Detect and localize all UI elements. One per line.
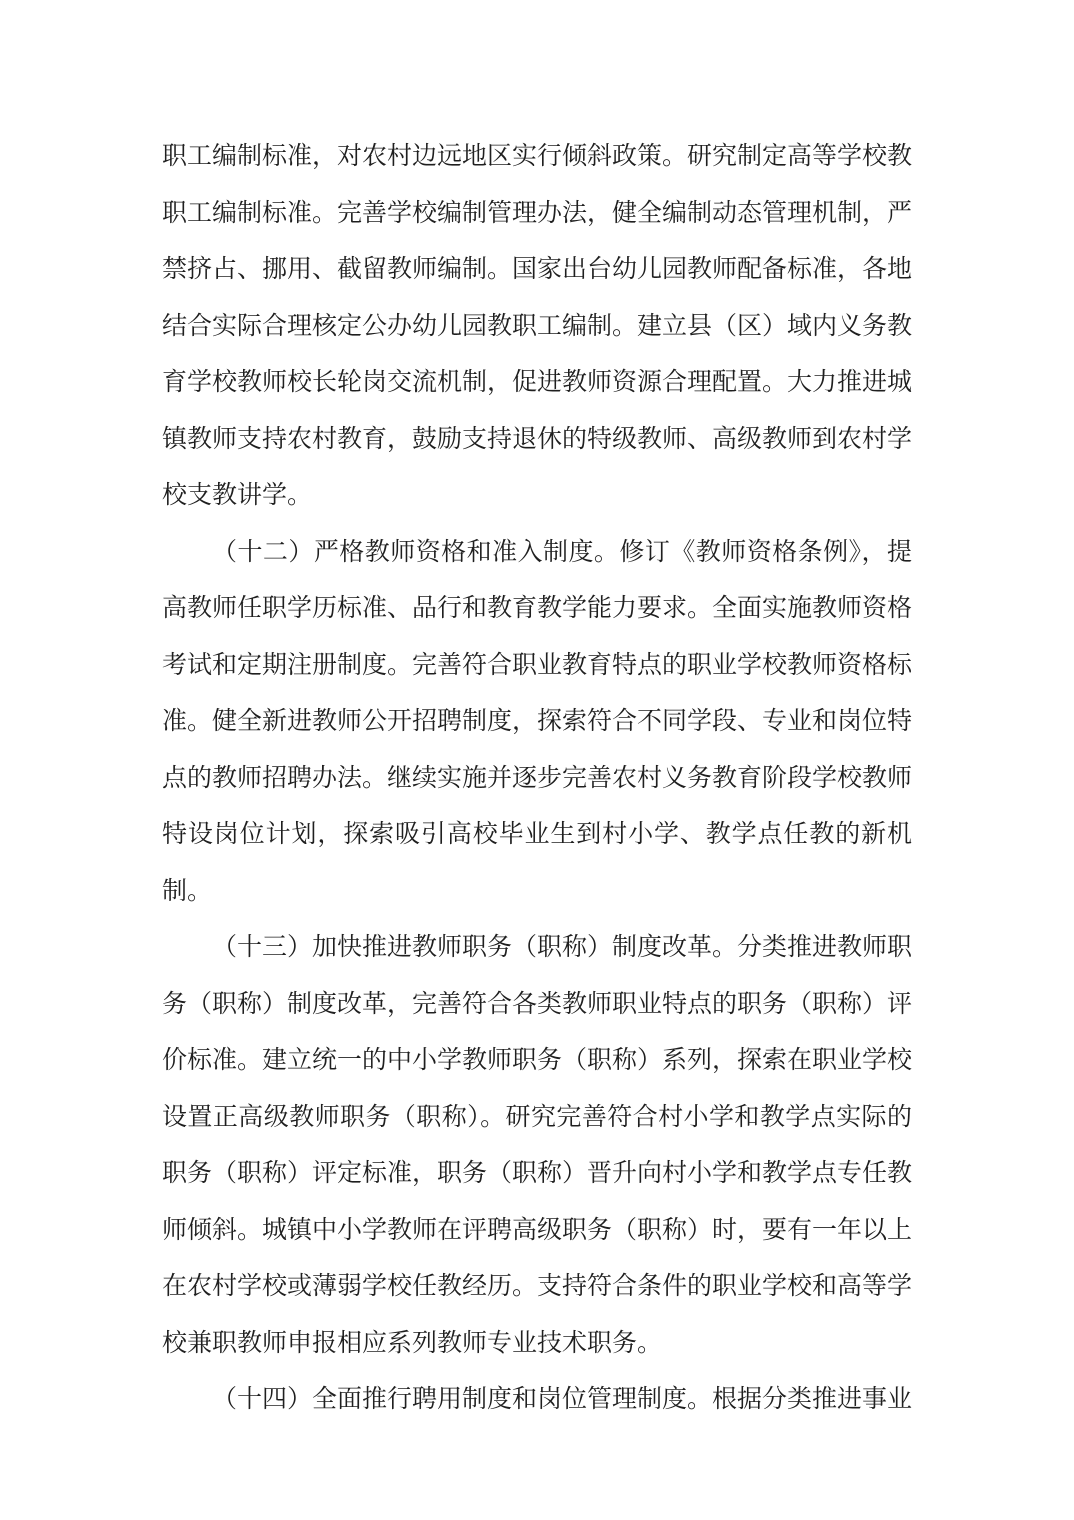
paragraph-item-14-employment-system: （十四）全面推行聘用制度和岗位管理制度。根据分类推进事业 [162,1372,912,1429]
paragraph-staffing-standards: 职工编制标准，对农村边远地区实行倾斜政策。研究制定高等学校教职工编制标准。完善学… [162,129,912,525]
paragraph-item-12-teacher-qualification: （十二）严格教师资格和准入制度。修订《教师资格条例》，提高教师任职学历标准、品行… [162,525,912,921]
paragraph-item-13-title-system-reform: （十三）加快推进教师职务（职称）制度改革。分类推进教师职务（职称）制度改革，完善… [162,920,912,1372]
document-page: 职工编制标准，对农村边远地区实行倾斜政策。研究制定高等学校教职工编制标准。完善学… [0,0,1074,1520]
document-body: 职工编制标准，对农村边远地区实行倾斜政策。研究制定高等学校教职工编制标准。完善学… [162,129,912,1429]
